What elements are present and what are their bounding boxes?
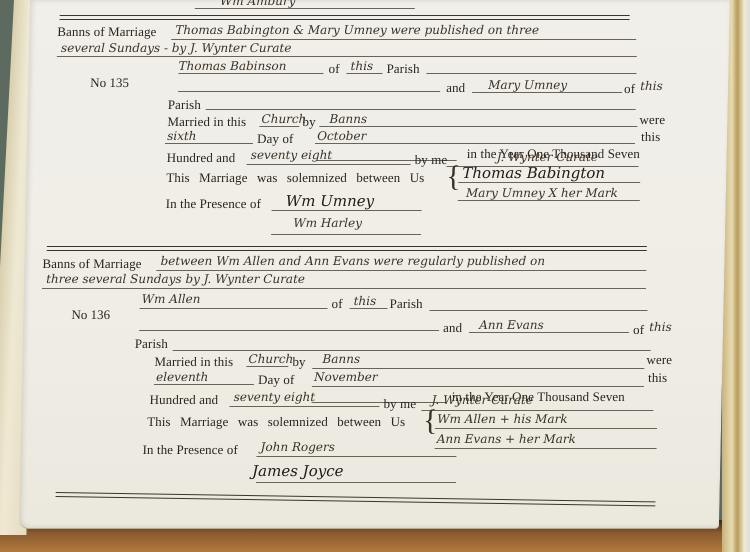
rule	[469, 332, 629, 333]
rule	[312, 402, 446, 403]
rule	[435, 448, 657, 449]
place-value: Church	[248, 352, 293, 366]
rule	[247, 164, 411, 165]
rule	[256, 482, 456, 483]
banns-text-line2: three several Sundays by J. Wynter Curat…	[46, 272, 305, 286]
hundred-label: Hundred and	[149, 392, 218, 408]
signature-groom: Thomas Babington	[462, 164, 605, 182]
this-label: this	[641, 129, 661, 145]
rule	[272, 210, 422, 211]
parish-label: Parish	[386, 61, 419, 77]
witness-2: Wm Harley	[293, 216, 362, 230]
rule	[206, 109, 636, 110]
rule	[256, 456, 456, 457]
brace: {	[446, 162, 461, 192]
rule	[140, 308, 328, 309]
married-label: Married in this	[167, 114, 246, 130]
solemnized-label: This Marriage was solemnized between Us	[147, 414, 405, 430]
bride-parish: this	[640, 79, 663, 93]
rule	[154, 384, 254, 385]
bride-parish: this	[649, 320, 672, 334]
banns-text-line1: Thomas Babington & Mary Umney were publi…	[175, 23, 539, 37]
rule	[421, 410, 653, 411]
day-label: Day of	[258, 372, 295, 388]
groom-name: Thomas Babinson	[178, 59, 286, 73]
rule	[319, 126, 637, 127]
parish-label-2: Parish	[168, 97, 201, 113]
by-me-label: by me	[383, 396, 416, 412]
entry-separator	[47, 246, 647, 251]
banns-text-line1: between Wm Allen and Ann Evans were regu…	[160, 254, 545, 268]
place-value: Church	[261, 112, 306, 126]
rule	[178, 73, 323, 74]
rule	[315, 143, 635, 144]
signature-bride: Ann Evans + her Mark	[437, 432, 576, 446]
rule	[312, 368, 644, 369]
of-label: of	[331, 296, 342, 312]
married-label: Married in this	[154, 354, 233, 370]
officiant: J. Wynter Curate	[497, 150, 599, 164]
rule	[165, 143, 253, 144]
were-label: were	[639, 112, 665, 128]
rule	[246, 366, 288, 367]
by-label: by	[302, 114, 316, 130]
rule	[458, 182, 640, 183]
entry-separator	[60, 15, 630, 20]
rule	[429, 310, 647, 311]
rule	[458, 200, 640, 201]
bottom-separator	[56, 492, 656, 506]
rule	[426, 73, 636, 74]
rule	[195, 8, 415, 9]
rule	[435, 428, 657, 429]
bride-name: Ann Evans	[479, 318, 544, 332]
entry-number: No 135	[90, 75, 129, 91]
bride-name: Mary Umney	[488, 78, 567, 92]
parish-label: Parish	[389, 296, 422, 312]
rule	[178, 91, 440, 92]
banns-label: Banns of Marriage	[57, 24, 157, 40]
rule	[171, 39, 636, 40]
groom-parish: this	[350, 59, 373, 73]
rule	[156, 270, 646, 271]
rule	[271, 234, 421, 235]
of-label-2: of	[624, 81, 635, 97]
month-value: October	[317, 129, 366, 143]
rule	[139, 330, 439, 331]
witness-1: Wm Umney	[286, 192, 375, 210]
solemnized-label: This Marriage was solemnized between Us	[166, 170, 424, 186]
rule	[346, 73, 382, 74]
rule	[57, 56, 637, 57]
officiant: J. Wynter Curate	[431, 393, 533, 407]
this-label: this	[648, 370, 668, 386]
rule	[259, 126, 299, 127]
brace: {	[423, 406, 438, 436]
witness-1: John Rogers	[260, 440, 335, 454]
rule	[42, 288, 646, 289]
method-value: Banns	[322, 352, 360, 366]
day-value: eleventh	[156, 370, 208, 384]
by-label: by	[292, 354, 306, 370]
year-value: seventy eight	[234, 390, 316, 404]
rule	[350, 308, 388, 309]
year-value: seventy eight	[251, 148, 333, 162]
register-page: Wm Ambury Banns of Marriage Thomas Babin…	[19, 0, 730, 529]
of-label: of	[328, 61, 339, 77]
presence-label: In the Presence of	[142, 442, 238, 458]
groom-name: Wm Allen	[142, 292, 201, 306]
banns-label: Banns of Marriage	[42, 256, 142, 272]
and-label: and	[446, 80, 465, 96]
day-value: sixth	[167, 129, 197, 143]
day-label: Day of	[257, 131, 294, 147]
banns-text-line2: several Sundays - by J. Wynter Curate	[61, 41, 292, 55]
month-value: November	[314, 370, 378, 384]
method-value: Banns	[329, 112, 367, 126]
top-fragment-signature: Wm Ambury	[220, 0, 296, 8]
groom-parish: this	[354, 294, 377, 308]
hundred-label: Hundred and	[167, 150, 236, 166]
rule	[472, 92, 622, 93]
rule	[229, 406, 379, 407]
rule	[312, 386, 644, 387]
and-label: and	[443, 320, 462, 336]
entry-number: No 136	[71, 307, 110, 323]
by-me-label: by me	[414, 152, 447, 168]
parish-label-2: Parish	[135, 336, 168, 352]
presence-label: In the Presence of	[166, 196, 262, 212]
signature-bride: Mary Umney X her Mark	[466, 186, 618, 200]
rule	[173, 350, 651, 351]
were-label: were	[646, 352, 672, 368]
of-label-2: of	[633, 322, 644, 338]
signature-groom: Wm Allen + his Mark	[437, 412, 568, 426]
witness-2: James Joyce	[252, 462, 344, 480]
